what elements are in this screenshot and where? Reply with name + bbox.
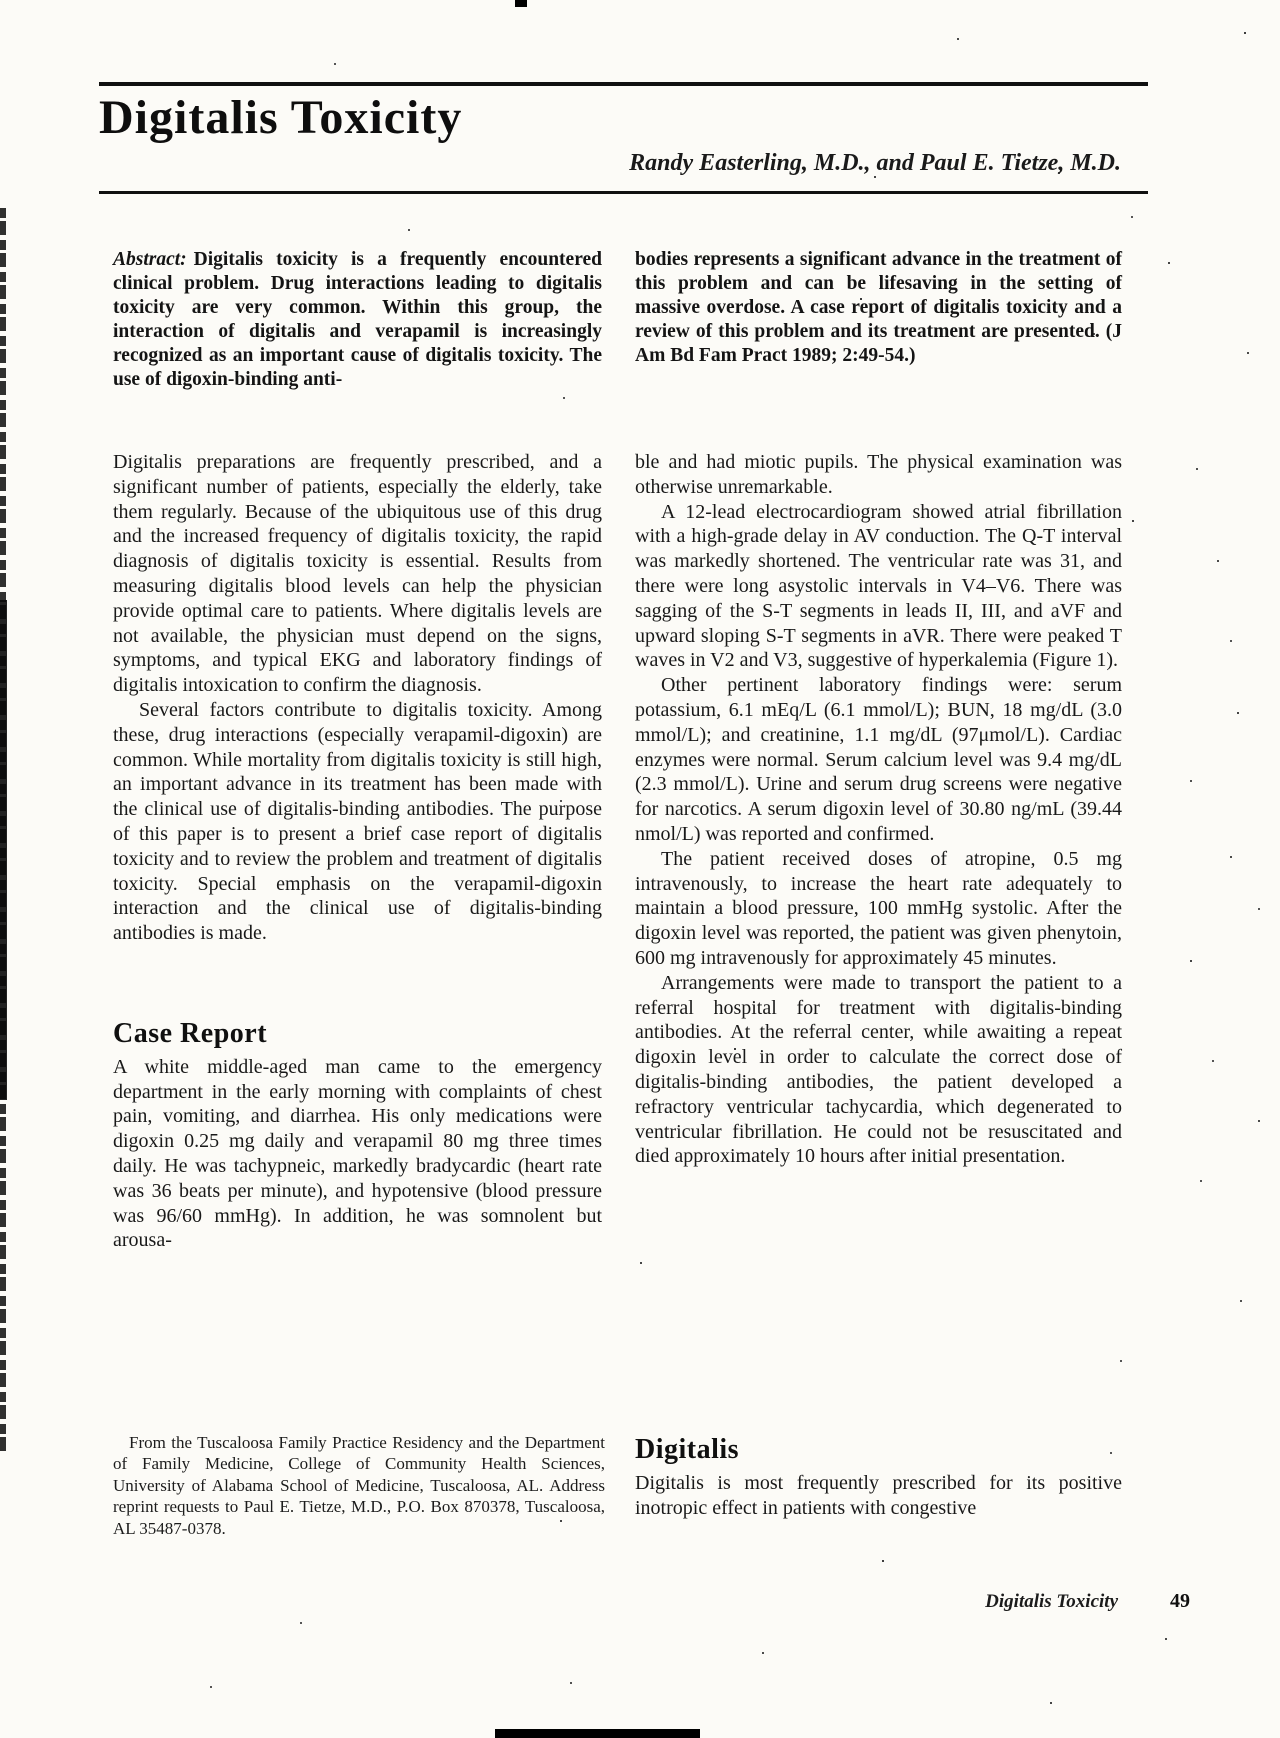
header-rule-top bbox=[99, 82, 1148, 86]
page-number: 49 bbox=[1170, 1590, 1190, 1612]
digitalis-section: Digitalis Digitalis is most frequently p… bbox=[635, 1438, 1122, 1520]
abstract-label: Abstract: bbox=[113, 249, 187, 270]
case-report-continuation-5: Arrangements were made to transport the … bbox=[635, 971, 1122, 1169]
digitalis-heading: Digitalis bbox=[635, 1438, 1122, 1463]
case-report-continuation-4: The patient received doses of atropine, … bbox=[635, 847, 1122, 971]
scan-noise-speckles bbox=[0, 0, 2, 2]
author-affiliation-footnote: From the Tuscaloosa Family Practice Resi… bbox=[113, 1432, 605, 1539]
case-report-continuation-2: A 12-lead electrocardiogram showed atria… bbox=[635, 500, 1122, 674]
abstract-column-2: bodies represents a significant advance … bbox=[635, 248, 1122, 368]
journal-page: Digitalis Toxicity Randy Easterling, M.D… bbox=[0, 0, 1280, 1738]
scan-mark-bottom bbox=[495, 1729, 700, 1738]
case-report-paragraph-1: A white middle-aged man came to the emer… bbox=[113, 1055, 602, 1253]
intro-paragraph-2: Several factors contribute to digitalis … bbox=[113, 698, 602, 946]
page-footer: Digitalis Toxicity49 bbox=[99, 1590, 1190, 1613]
case-report-continuation-1: ble and had miotic pupils. The physical … bbox=[635, 450, 1122, 500]
article-authors: Randy Easterling, M.D., and Paul E. Tiet… bbox=[99, 150, 1121, 177]
header-rule-bottom bbox=[99, 191, 1148, 194]
body-column-right: ble and had miotic pupils. The physical … bbox=[635, 450, 1122, 1169]
case-report-continuation-3: Other pertinent laboratory findings were… bbox=[635, 673, 1122, 847]
running-title: Digitalis Toxicity bbox=[985, 1591, 1118, 1612]
abstract-column-1: Abstract:Digitalis toxicity is a frequen… bbox=[113, 248, 602, 392]
case-report-heading: Case Report bbox=[113, 1022, 602, 1047]
scan-binding-artifact-dark bbox=[0, 600, 7, 1100]
intro-paragraph-1: Digitalis preparations are frequently pr… bbox=[113, 450, 602, 698]
body-column-left: Digitalis preparations are frequently pr… bbox=[113, 450, 602, 1253]
scan-mark-top bbox=[515, 0, 527, 7]
digitalis-paragraph-1: Digitalis is most frequently prescribed … bbox=[635, 1471, 1122, 1521]
article-title: Digitalis Toxicity bbox=[99, 90, 462, 145]
abstract-text-col1: Digitalis toxicity is a frequently encou… bbox=[113, 249, 602, 390]
